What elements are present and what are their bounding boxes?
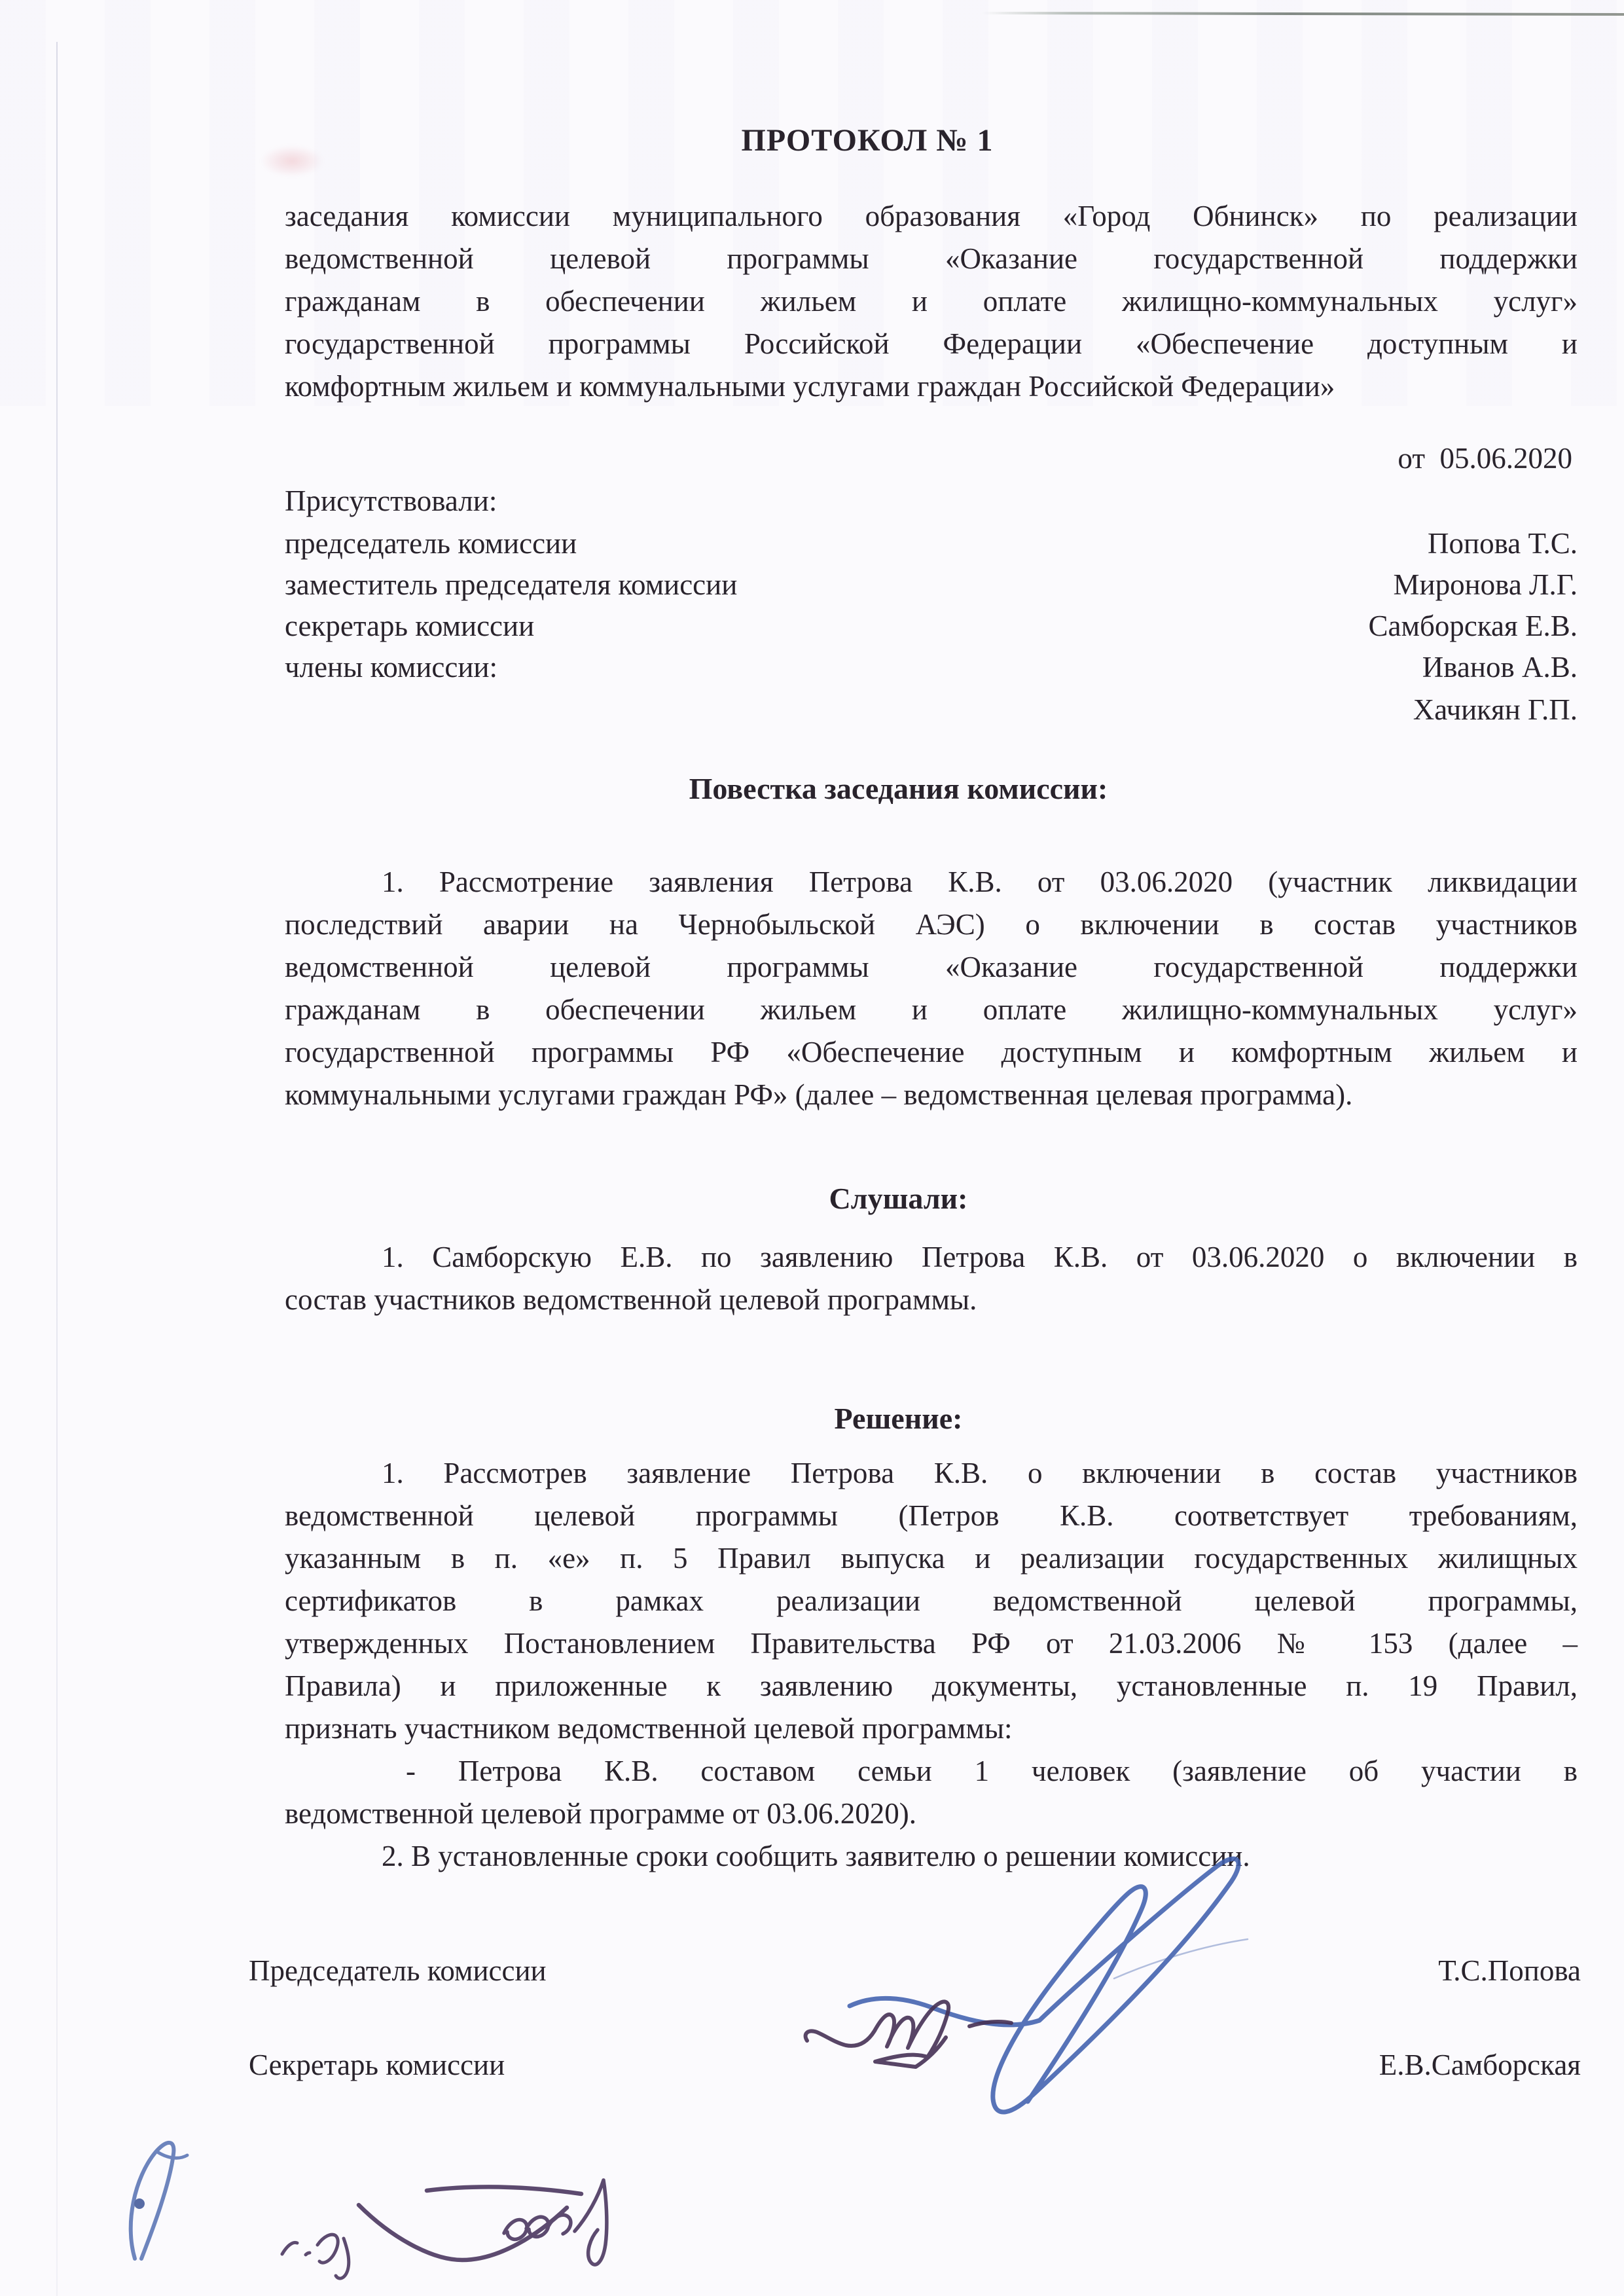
- heard-paragraph: 1. Самборскую Е.В. по заявлению Петрова …: [285, 1236, 1578, 1321]
- scanned-protocol-page: ПРОТОКОЛ № 1 заседания комиссии муниципа…: [0, 0, 1624, 2296]
- signature-bottom-blue-ink: [131, 2143, 187, 2259]
- intro-line: государственной программы Российской Фед…: [285, 323, 1578, 365]
- attendee-row: заместитель председателя комиссии Мироно…: [285, 564, 1578, 606]
- decision-line: указанным в п. «е» п. 5 Правил выпуска и…: [285, 1537, 1578, 1580]
- agenda-line: последствий аварии на Чернобыльской АЭС)…: [285, 903, 1578, 946]
- decision-line: Правила) и приложенные к заявлению докум…: [285, 1665, 1578, 1707]
- agenda-line: 1. Рассмотрение заявления Петрова К.В. о…: [285, 861, 1578, 903]
- signature-bottom-purple-ink: [282, 2180, 607, 2278]
- attendee-name: Самборская Е.В.: [1369, 605, 1578, 647]
- agenda-line: коммунальными услугами граждан РФ» (дале…: [285, 1074, 1578, 1116]
- attendee-name: Попова Т.С.: [1428, 522, 1578, 565]
- decision-paragraph: 1. Рассмотрев заявление Петрова К.В. о в…: [285, 1452, 1578, 1878]
- heard-line: 1. Самборскую Е.В. по заявлению Петрова …: [285, 1236, 1578, 1279]
- attendees-heading-label: Присутствовали:: [285, 480, 1578, 522]
- agenda-line: государственной программы РФ «Обеспечени…: [285, 1031, 1578, 1074]
- signoff-name: Е.В.Самборская: [1379, 2044, 1581, 2086]
- heard-heading: Слушали:: [252, 1177, 1545, 1220]
- decision-line: ведомственной целевой программы (Петров …: [285, 1495, 1578, 1537]
- attendee-role: секретарь комиссии: [285, 605, 534, 647]
- intro-line: ведомственной целевой программы «Оказани…: [285, 238, 1578, 280]
- agenda-line: ведомственной целевой программы «Оказани…: [285, 946, 1578, 989]
- decision-line: сертификатов в рамках реализации ведомст…: [285, 1580, 1578, 1622]
- signoff-name: Т.С.Попова: [1438, 1950, 1581, 1992]
- decision-line: 2. В установленные сроки сообщить заявит…: [285, 1835, 1578, 1878]
- attendee-row: председатель комиссии Попова Т.С.: [285, 522, 1578, 565]
- decision-line: ведомственной целевой программе от 03.06…: [285, 1793, 1578, 1835]
- signoff-row: Секретарь комиссии Е.В.Самборская: [249, 2044, 1581, 2086]
- intro-line: комфортным жильем и коммунальными услуга…: [285, 365, 1578, 408]
- attendee-name: Миронова Л.Г.: [1393, 564, 1578, 606]
- attendee-role: члены комиссии:: [285, 646, 497, 689]
- attendee-row: члены комиссии: Иванов А.В.: [285, 646, 1578, 689]
- attendee-name: Иванов А.В.: [1422, 646, 1578, 689]
- signoff-row: Председатель комиссии Т.С.Попова: [249, 1950, 1581, 1992]
- intro-line: гражданам в обеспечении жильем и оплате …: [285, 280, 1578, 323]
- document-title: ПРОТОКОЛ № 1: [223, 118, 1512, 164]
- intro-line: заседания комиссии муниципального образо…: [285, 195, 1578, 238]
- attendees-heading: Присутствовали:: [285, 480, 1578, 522]
- intro-paragraph: заседания комиссии муниципального образо…: [285, 195, 1578, 408]
- agenda-heading: Повестка заседания комиссии:: [252, 767, 1545, 810]
- heard-line: состав участников ведомственной целевой …: [285, 1279, 1578, 1321]
- attendee-row: секретарь комиссии Самборская Е.В.: [285, 605, 1578, 647]
- decision-line: - Петрова К.В. составом семьи 1 человек …: [285, 1750, 1578, 1793]
- attendee-name: Хачикян Г.П.: [1413, 689, 1578, 731]
- attendee-role: председатель комиссии: [285, 522, 577, 565]
- scan-artifact-paper-edge: [56, 42, 58, 2296]
- decision-heading: Решение:: [252, 1397, 1545, 1440]
- agenda-line: гражданам в обеспечении жильем и оплате …: [285, 989, 1578, 1031]
- agenda-paragraph: 1. Рассмотрение заявления Петрова К.В. о…: [285, 861, 1578, 1116]
- decision-line: признать участником ведомственной целево…: [285, 1707, 1578, 1750]
- protocol-date: от 05.06.2020: [285, 437, 1572, 480]
- attendee-row: Хачикян Г.П.: [285, 689, 1578, 731]
- signoff-role: Председатель комиссии: [249, 1950, 547, 1992]
- decision-line: утвержденных Постановлением Правительств…: [285, 1622, 1578, 1665]
- attendee-role: заместитель председателя комиссии: [285, 564, 737, 606]
- scan-artifact-top-line: [982, 12, 1624, 16]
- signoff-role: Секретарь комиссии: [249, 2044, 505, 2086]
- decision-line: 1. Рассмотрев заявление Петрова К.В. о в…: [285, 1452, 1578, 1495]
